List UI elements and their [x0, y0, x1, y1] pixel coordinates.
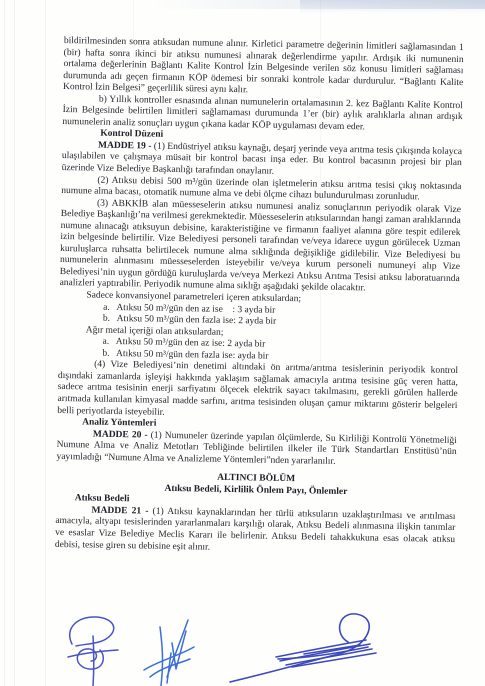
paragraph-madde21: MADDE 21 - (1) Atıksu kaynaklarından her…: [55, 505, 456, 558]
madde19-label: MADDE 19 -: [98, 141, 154, 152]
paragraph-madde19-p3: (3) ABKKİB alan müesseselerin atıksu num…: [59, 198, 461, 297]
paragraph-madde19-p4: (4) Vize Belediyesi’nin denetimi altında…: [57, 359, 458, 424]
signature-2: [136, 617, 202, 686]
signature-1: [58, 612, 130, 686]
scan-crease-line: [4, 0, 5, 686]
madde21-label: MADDE 21 -: [91, 505, 152, 516]
paragraph-continuation: bildirilmesinden sonra atıksudan numune …: [63, 36, 464, 101]
signature-1-strokes: [68, 617, 118, 686]
document-content: bildirilmesinden sonra atıksudan numune …: [55, 36, 464, 558]
scan-crease-line: [45, 0, 46, 686]
signature-2-strokes: [144, 620, 194, 686]
paragraph-madde20: MADDE 20 - (1) Numuneler üzerinde yapıla…: [56, 429, 457, 471]
scanned-page: bildirilmesinden sonra atıksudan numune …: [0, 0, 485, 686]
madde20-label: MADDE 20 -: [93, 429, 151, 440]
signature-3: [220, 609, 400, 686]
scan-artifact-band: [300, 0, 485, 14]
signature-3-strokes: [230, 614, 376, 682]
scan-crease-line: [14, 0, 15, 686]
